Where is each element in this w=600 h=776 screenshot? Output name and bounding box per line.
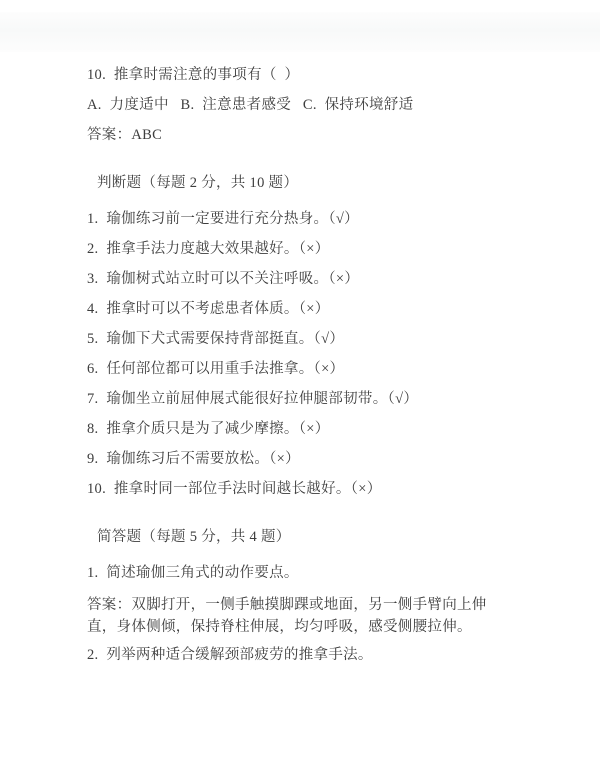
short-answer-answer-1: 答案：双脚打开，一侧手触摸脚踝或地面，另一侧手臂向上伸直，身体侧倾，保持脊柱伸展… [87, 594, 515, 638]
judge-item-4: 4. 推拿时可以不考虑患者体质。（×） [87, 298, 515, 320]
mcq-question-10: 10. 推拿时需注意的事项有（ ） [87, 64, 515, 86]
judge-item-7: 7. 瑜伽坐立前屈伸展式能很好拉伸腿部韧带。（√） [87, 388, 515, 410]
judge-section-header: 判断题（每题 2 分，共 10 题） [87, 172, 515, 194]
short-answer-section-header: 简答题（每题 5 分，共 4 题） [87, 526, 515, 548]
short-answer-question-1: 1. 简述瑜伽三角式的动作要点。 [87, 562, 515, 584]
judge-item-2: 2. 推拿手法力度越大效果越好。（×） [87, 238, 515, 260]
short-answer-question-2: 2. 列举两种适合缓解颈部疲劳的推拿手法。 [87, 644, 515, 666]
document-page: 10. 推拿时需注意的事项有（ ） A. 力度适中 B. 注意患者感受 C. 保… [0, 0, 600, 776]
mcq-answer: 答案：ABC [87, 124, 515, 146]
judge-item-9: 9. 瑜伽练习后不需要放松。（×） [87, 448, 515, 470]
judge-item-5: 5. 瑜伽下犬式需要保持背部挺直。（√） [87, 328, 515, 350]
judge-item-10: 10. 推拿时同一部位手法时间越长越好。（×） [87, 478, 515, 500]
judge-item-1: 1. 瑜伽练习前一定要进行充分热身。（√） [87, 208, 515, 230]
judge-item-6: 6. 任何部位都可以用重手法推拿。（×） [87, 358, 515, 380]
judge-item-3: 3. 瑜伽树式站立时可以不关注呼吸。（×） [87, 268, 515, 290]
mcq-options: A. 力度适中 B. 注意患者感受 C. 保持环境舒适 [87, 94, 515, 116]
judge-item-8: 8. 推拿介质只是为了减少摩擦。（×） [87, 418, 515, 440]
